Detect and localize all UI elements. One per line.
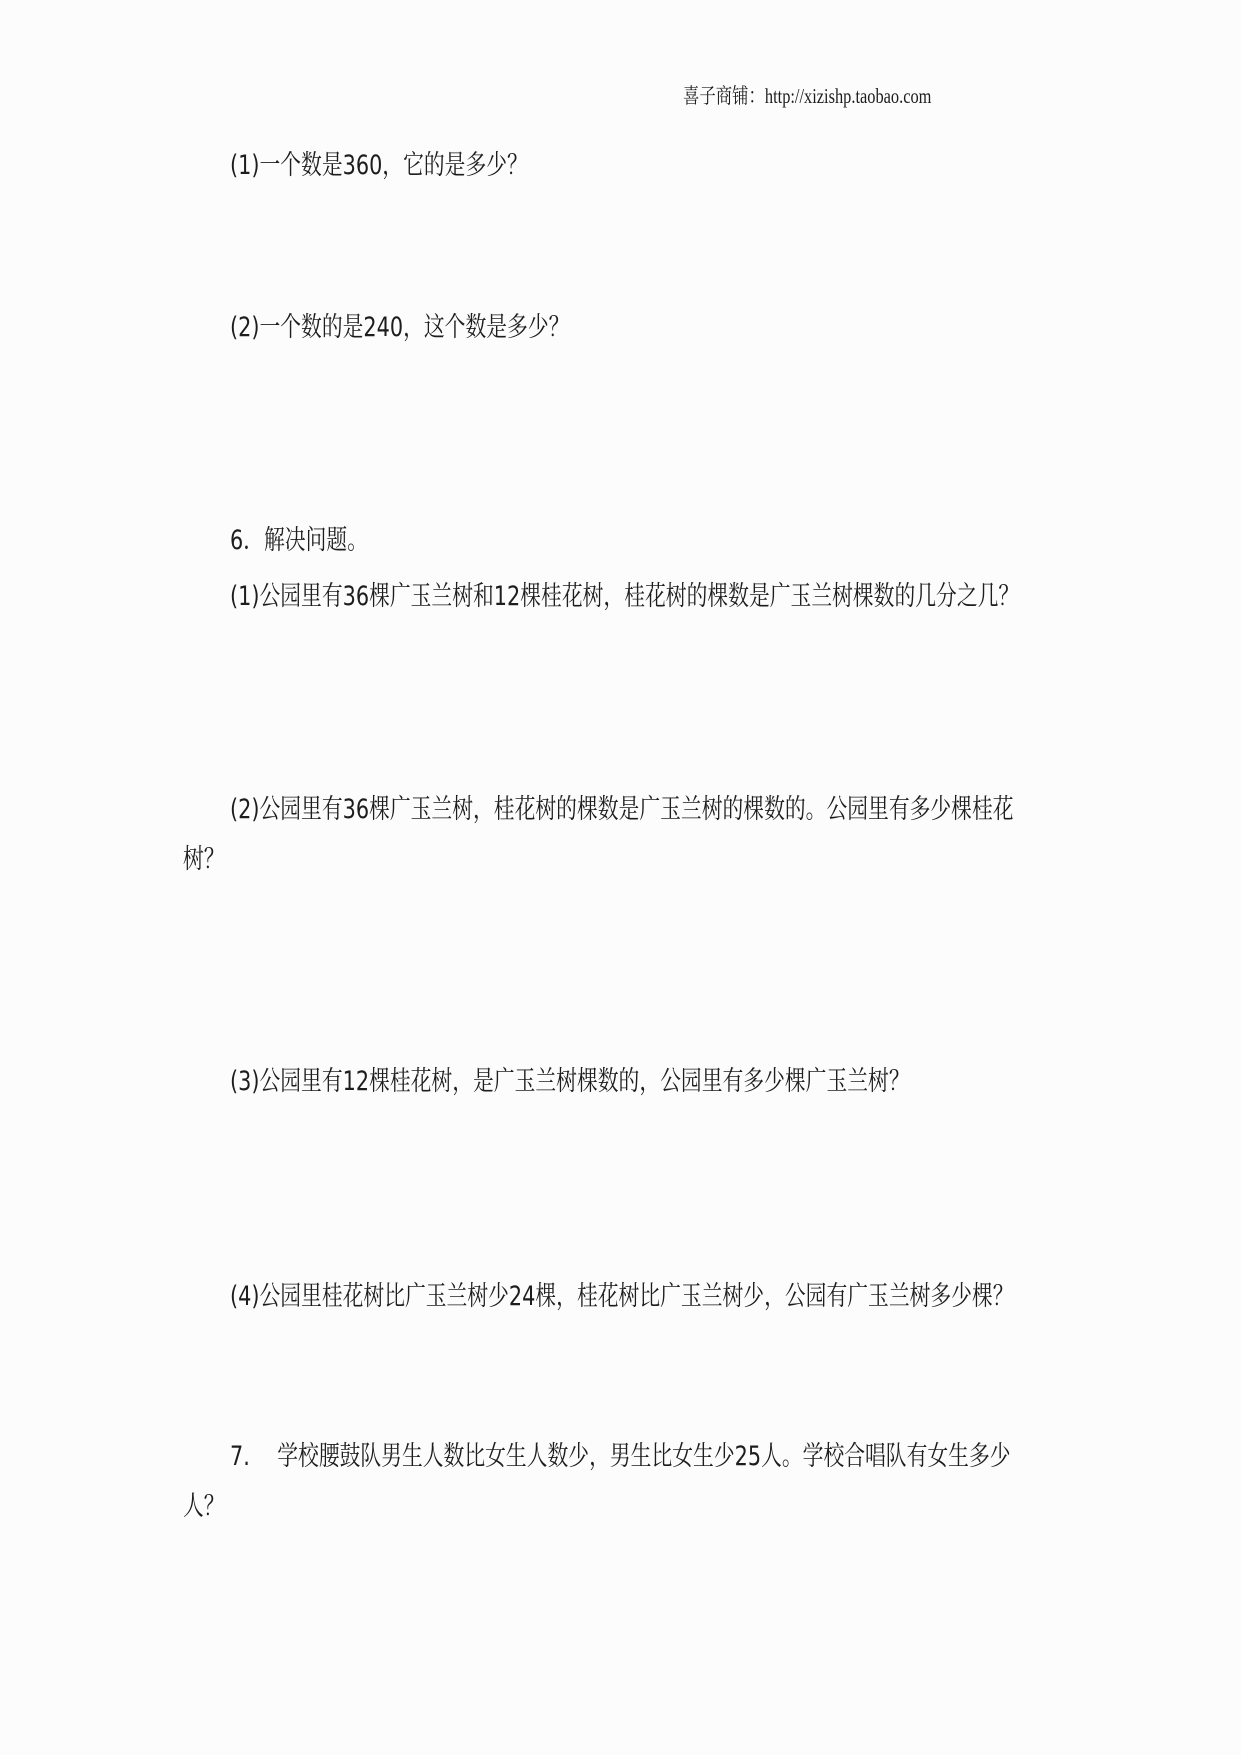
question-7-line-2: 人？ — [183, 1491, 225, 1522]
question-6-sub-4: (4)公园里桂花树比广玉兰树少24棵，桂花树比广玉兰树少，公园有广玉兰树多少棵？ — [230, 1281, 1014, 1312]
question-6-sub-2-line-2: 树？ — [183, 844, 225, 875]
worksheet-page: 喜子商铺：http://xizishp.taobao.com (1)一个数是36… — [0, 0, 1241, 1755]
shop-watermark: 喜子商铺：http://xizishp.taobao.com — [683, 84, 931, 109]
question-6-sub-3: (3)公园里有12棵桂花树，是广玉兰树棵数的，公园里有多少棵广玉兰树？ — [230, 1066, 910, 1097]
section-6-heading: 6．解决问题。 — [230, 525, 368, 556]
question-6-sub-2-line-1: (2)公园里有36棵广玉兰树，桂花树的棵数是广玉兰树的棵数的。公园里有多少棵桂花 — [230, 794, 1014, 825]
question-5-sub-1: (1)一个数是360，它的是多少？ — [230, 150, 528, 181]
question-7-line-1: 7. 学校腰鼓队男生人数比女生人数少，男生比女生少25人。学校合唱队有女生多少 — [230, 1441, 1011, 1472]
question-6-sub-1: (1)公园里有36棵广玉兰树和12棵桂花树，桂花树的棵数是广玉兰树棵数的几分之几… — [230, 581, 1019, 612]
question-5-sub-2: (2)一个数的是240，这个数是多少？ — [230, 312, 569, 343]
